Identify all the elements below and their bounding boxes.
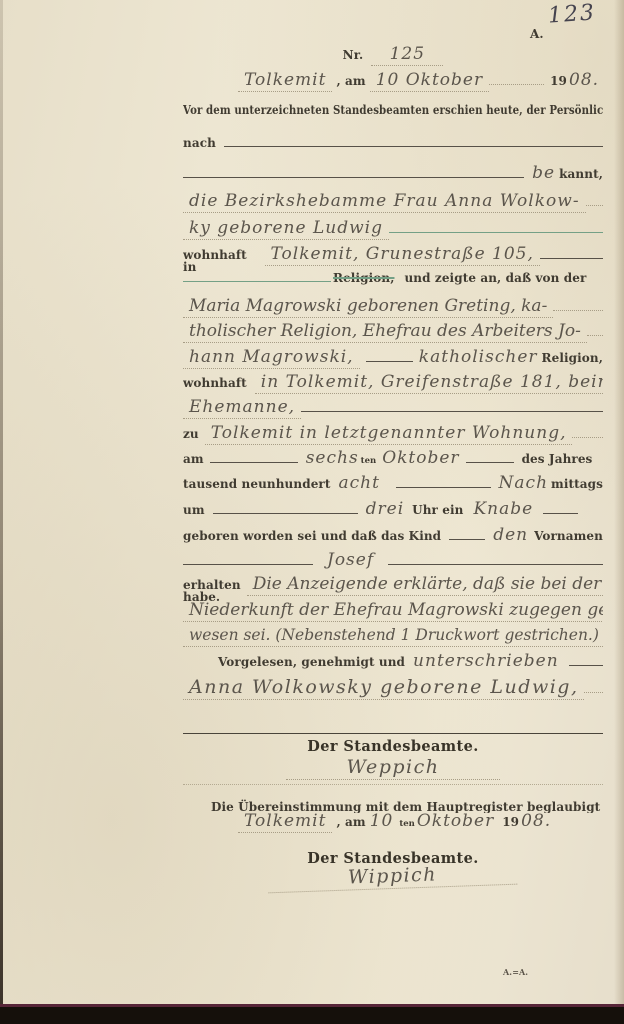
- blank-line: [569, 665, 603, 666]
- registrar-signature-row: Weppich: [183, 758, 603, 784]
- green-rule: [183, 281, 331, 282]
- mittags-label: mittags: [551, 478, 603, 490]
- certification-day: 10: [370, 813, 394, 830]
- certification-place: Tolkemit: [238, 813, 332, 833]
- child-sex-value: Knabe: [473, 501, 533, 518]
- kannt-label: kannt,: [559, 168, 603, 180]
- mother-religion-hw: katholischer: [419, 349, 538, 366]
- mother-text-2: tholischer Religion, Ehefrau des Arbeite…: [183, 323, 587, 343]
- blank-line: [543, 513, 578, 514]
- declarant-row-2: ky geborene Ludwig: [183, 220, 603, 246]
- birth-day-row: am sechs ten Oktober des Jahres: [183, 450, 603, 475]
- blank-line: [396, 487, 491, 488]
- note-text-1: Die Anzeigende erklärte, daß sie bei der: [247, 576, 603, 596]
- wohnhaft-in-label: wohnhaft in: [183, 249, 257, 272]
- birth-hour-value: drei: [366, 501, 405, 518]
- intro-row-2: nach: [183, 137, 603, 165]
- photo-bottom-edge: [0, 1004, 624, 1024]
- blank-line: [388, 564, 603, 565]
- mother-row-3: hann Magrowski, katholischer Religion,: [183, 349, 603, 374]
- faint-rule: [183, 784, 603, 785]
- certification-title-row: Der Standesbeamte.: [183, 840, 603, 867]
- registration-date: 10 Oktober: [370, 72, 489, 92]
- certification-year-prefix: 19: [502, 816, 519, 828]
- residence-row-2: wohnhaft in Tolkemit, Greifenstraße 181,…: [183, 374, 603, 399]
- blank-line: [366, 361, 413, 362]
- blank-line: [553, 310, 603, 311]
- ten-suffix: ten: [361, 456, 377, 466]
- registration-place: Tolkemit: [238, 72, 332, 92]
- blank-line: [466, 462, 514, 463]
- residence-text-1: Tolkemit, Grunestraße 105,: [265, 246, 540, 266]
- wohnhaft-label: wohnhaft: [183, 377, 247, 389]
- intro-row-1: Vor dem unterzeichneten Standesbeamten e…: [183, 104, 603, 137]
- certification-year: 08.: [521, 813, 551, 830]
- declarant-text-1: die Bezirkshebamme Frau Anna Wolkow-: [183, 193, 586, 213]
- blank-line: [183, 177, 524, 178]
- erhalten-label: erhalten habe.: [183, 579, 241, 602]
- registrar-title-row: Der Standesbeamte.: [183, 738, 603, 758]
- am-birth-label: am: [183, 453, 204, 465]
- faint-rule-row: [183, 784, 603, 797]
- um-label: um: [183, 504, 205, 516]
- birth-year-value: acht: [339, 475, 380, 492]
- mother-row-1: Maria Magrowski geborenen Greting, ka-: [183, 298, 603, 323]
- uhr-ein-label: Uhr ein: [412, 504, 463, 516]
- blank-line: [210, 462, 298, 463]
- declarant-text-2: ky geborene Ludwig: [183, 220, 389, 240]
- child-name-row: Josef: [183, 552, 603, 576]
- intro-text-1: Vor dem unterzeichneten Standesbeamten e…: [183, 104, 603, 116]
- printer-mark: A.=A.: [503, 968, 528, 976]
- zu-label: zu: [183, 428, 199, 440]
- mother-text-3a: hann Magrowski,: [183, 349, 360, 369]
- page-number: 123: [547, 0, 597, 28]
- des-jahres-label: des Jahres: [522, 453, 593, 465]
- blank-line: [587, 335, 603, 336]
- declarant-row-1: die Bezirkshebamme Frau Anna Wolkow-: [183, 193, 603, 220]
- certification-row: Die Übereinstimmung mit dem Hauptregiste…: [183, 797, 603, 813]
- certification-signature-row: Wippich: [183, 867, 603, 896]
- registrar-title: Der Standesbeamte.: [307, 738, 478, 755]
- green-rule: [389, 232, 603, 233]
- blank-line: [584, 692, 603, 693]
- residence-text-3: Ehemanne,: [183, 399, 301, 419]
- registration-date-row: Tolkemit , am 10 Oktober 19 08.: [183, 72, 603, 104]
- be-handwritten: be: [532, 165, 555, 182]
- certification-registrar-title: Der Standesbeamte.: [307, 850, 478, 867]
- separator-rule-row: [183, 707, 603, 738]
- separator-rule: [183, 733, 603, 734]
- vorgelesen-row: Vorgelesen, genehmigt und unterschrieben: [183, 653, 603, 678]
- zeigte-an-label: und zeigte an, daß von der: [404, 272, 586, 284]
- note-row-3: wesen sei. (Nebenstehend 1 Druckwort ges…: [183, 628, 603, 653]
- religion-struck: Religion,: [333, 272, 394, 284]
- den-handwritten: den: [493, 527, 528, 544]
- photo-right-edge: [614, 0, 624, 1024]
- unterschrieben-handwritten: unterschrieben: [413, 653, 559, 670]
- note-row-1: erhalten habe. Die Anzeigende erklärte, …: [183, 576, 603, 602]
- vornamen-label: Vornamen: [534, 530, 603, 542]
- blank-line: [449, 539, 485, 540]
- blank-line: [183, 564, 313, 565]
- religion-struck-row: Religion, und zeigte an, daß von der: [183, 272, 603, 298]
- certification-am-label: , am: [336, 816, 365, 828]
- year-prefix: 19: [550, 75, 567, 87]
- nach-handwritten: Nach: [499, 475, 548, 492]
- blank-line: [213, 513, 358, 514]
- blank-line: [586, 205, 603, 206]
- form-number-row: Nr. 125: [183, 46, 603, 72]
- note-text-2: Niederkunft der Ehefrau Magrowski zugege…: [183, 602, 603, 622]
- blank-line: [572, 437, 603, 438]
- nach-label: nach: [183, 137, 216, 149]
- declarant-signature-row: Anna Wolkowsky geborene Ludwig,: [183, 678, 603, 707]
- vorgelesen-label: Vorgelesen, genehmigt und: [218, 656, 405, 668]
- vornamen-row: geboren worden sei und daß das Kind den …: [183, 527, 603, 552]
- certification-signature: Wippich: [268, 867, 518, 893]
- certification-month: Oktober: [417, 813, 494, 830]
- birth-month-value: Oktober: [382, 450, 459, 467]
- blank-line: [489, 84, 544, 85]
- document-page: 123 A. Nr. 125 Tolkemit , am 10 Oktober …: [0, 0, 624, 1024]
- birthplace-text: Tolkemit in letztgenannter Wohnung,: [205, 425, 573, 445]
- photo-left-edge: [0, 0, 3, 1024]
- nr-label: Nr.: [343, 49, 364, 61]
- bekannt-row: be kannt,: [183, 165, 603, 193]
- birth-year-row: tausend neunhundert acht Nach mittags: [183, 475, 603, 501]
- residence-row-1: wohnhaft in Tolkemit, Grunestraße 105,: [183, 246, 603, 272]
- form-body: Nr. 125 Tolkemit , am 10 Oktober 19 08. …: [183, 46, 603, 896]
- mother-row-2: tholischer Religion, Ehefrau des Arbeite…: [183, 323, 603, 349]
- religion-label: Religion,: [542, 352, 603, 364]
- geboren-label: geboren worden sei und daß das Kind: [183, 530, 441, 542]
- certification-text: Die Übereinstimmung mit dem Hauptregiste…: [211, 801, 600, 813]
- am-label: , am: [336, 75, 365, 87]
- blank-line: [224, 146, 603, 147]
- tausend-label: tausend neunhundert: [183, 478, 331, 490]
- residence-text-2: in Tolkemit, Greifenstraße 181, beim: [255, 374, 603, 394]
- corner-letter: A.: [530, 28, 544, 40]
- blank-line: [540, 258, 603, 259]
- birth-day-value: sechs: [306, 450, 359, 467]
- note-text-3: wesen sei. (Nebenstehend 1 Druckwort ges…: [183, 628, 603, 647]
- certification-ten-suffix: ten: [399, 819, 415, 829]
- blank-line: [301, 411, 603, 412]
- birth-hour-row: um drei Uhr ein Knabe: [183, 501, 603, 527]
- certification-date-row: Tolkemit , am 10 ten Oktober 19 08.: [183, 813, 603, 840]
- nr-value: 125: [371, 46, 443, 66]
- declarant-signature: Anna Wolkowsky geborene Ludwig,: [183, 678, 584, 700]
- registrar-signature: Weppich: [286, 758, 499, 780]
- registration-year: 08.: [569, 72, 599, 89]
- residence-row-3: Ehemanne,: [183, 399, 603, 425]
- birthplace-row: zu Tolkemit in letztgenannter Wohnung,: [183, 425, 603, 450]
- note-row-2: Niederkunft der Ehefrau Magrowski zugege…: [183, 602, 603, 628]
- child-name-value: Josef: [327, 552, 374, 569]
- mother-text-1: Maria Magrowski geborenen Greting, ka-: [183, 298, 553, 318]
